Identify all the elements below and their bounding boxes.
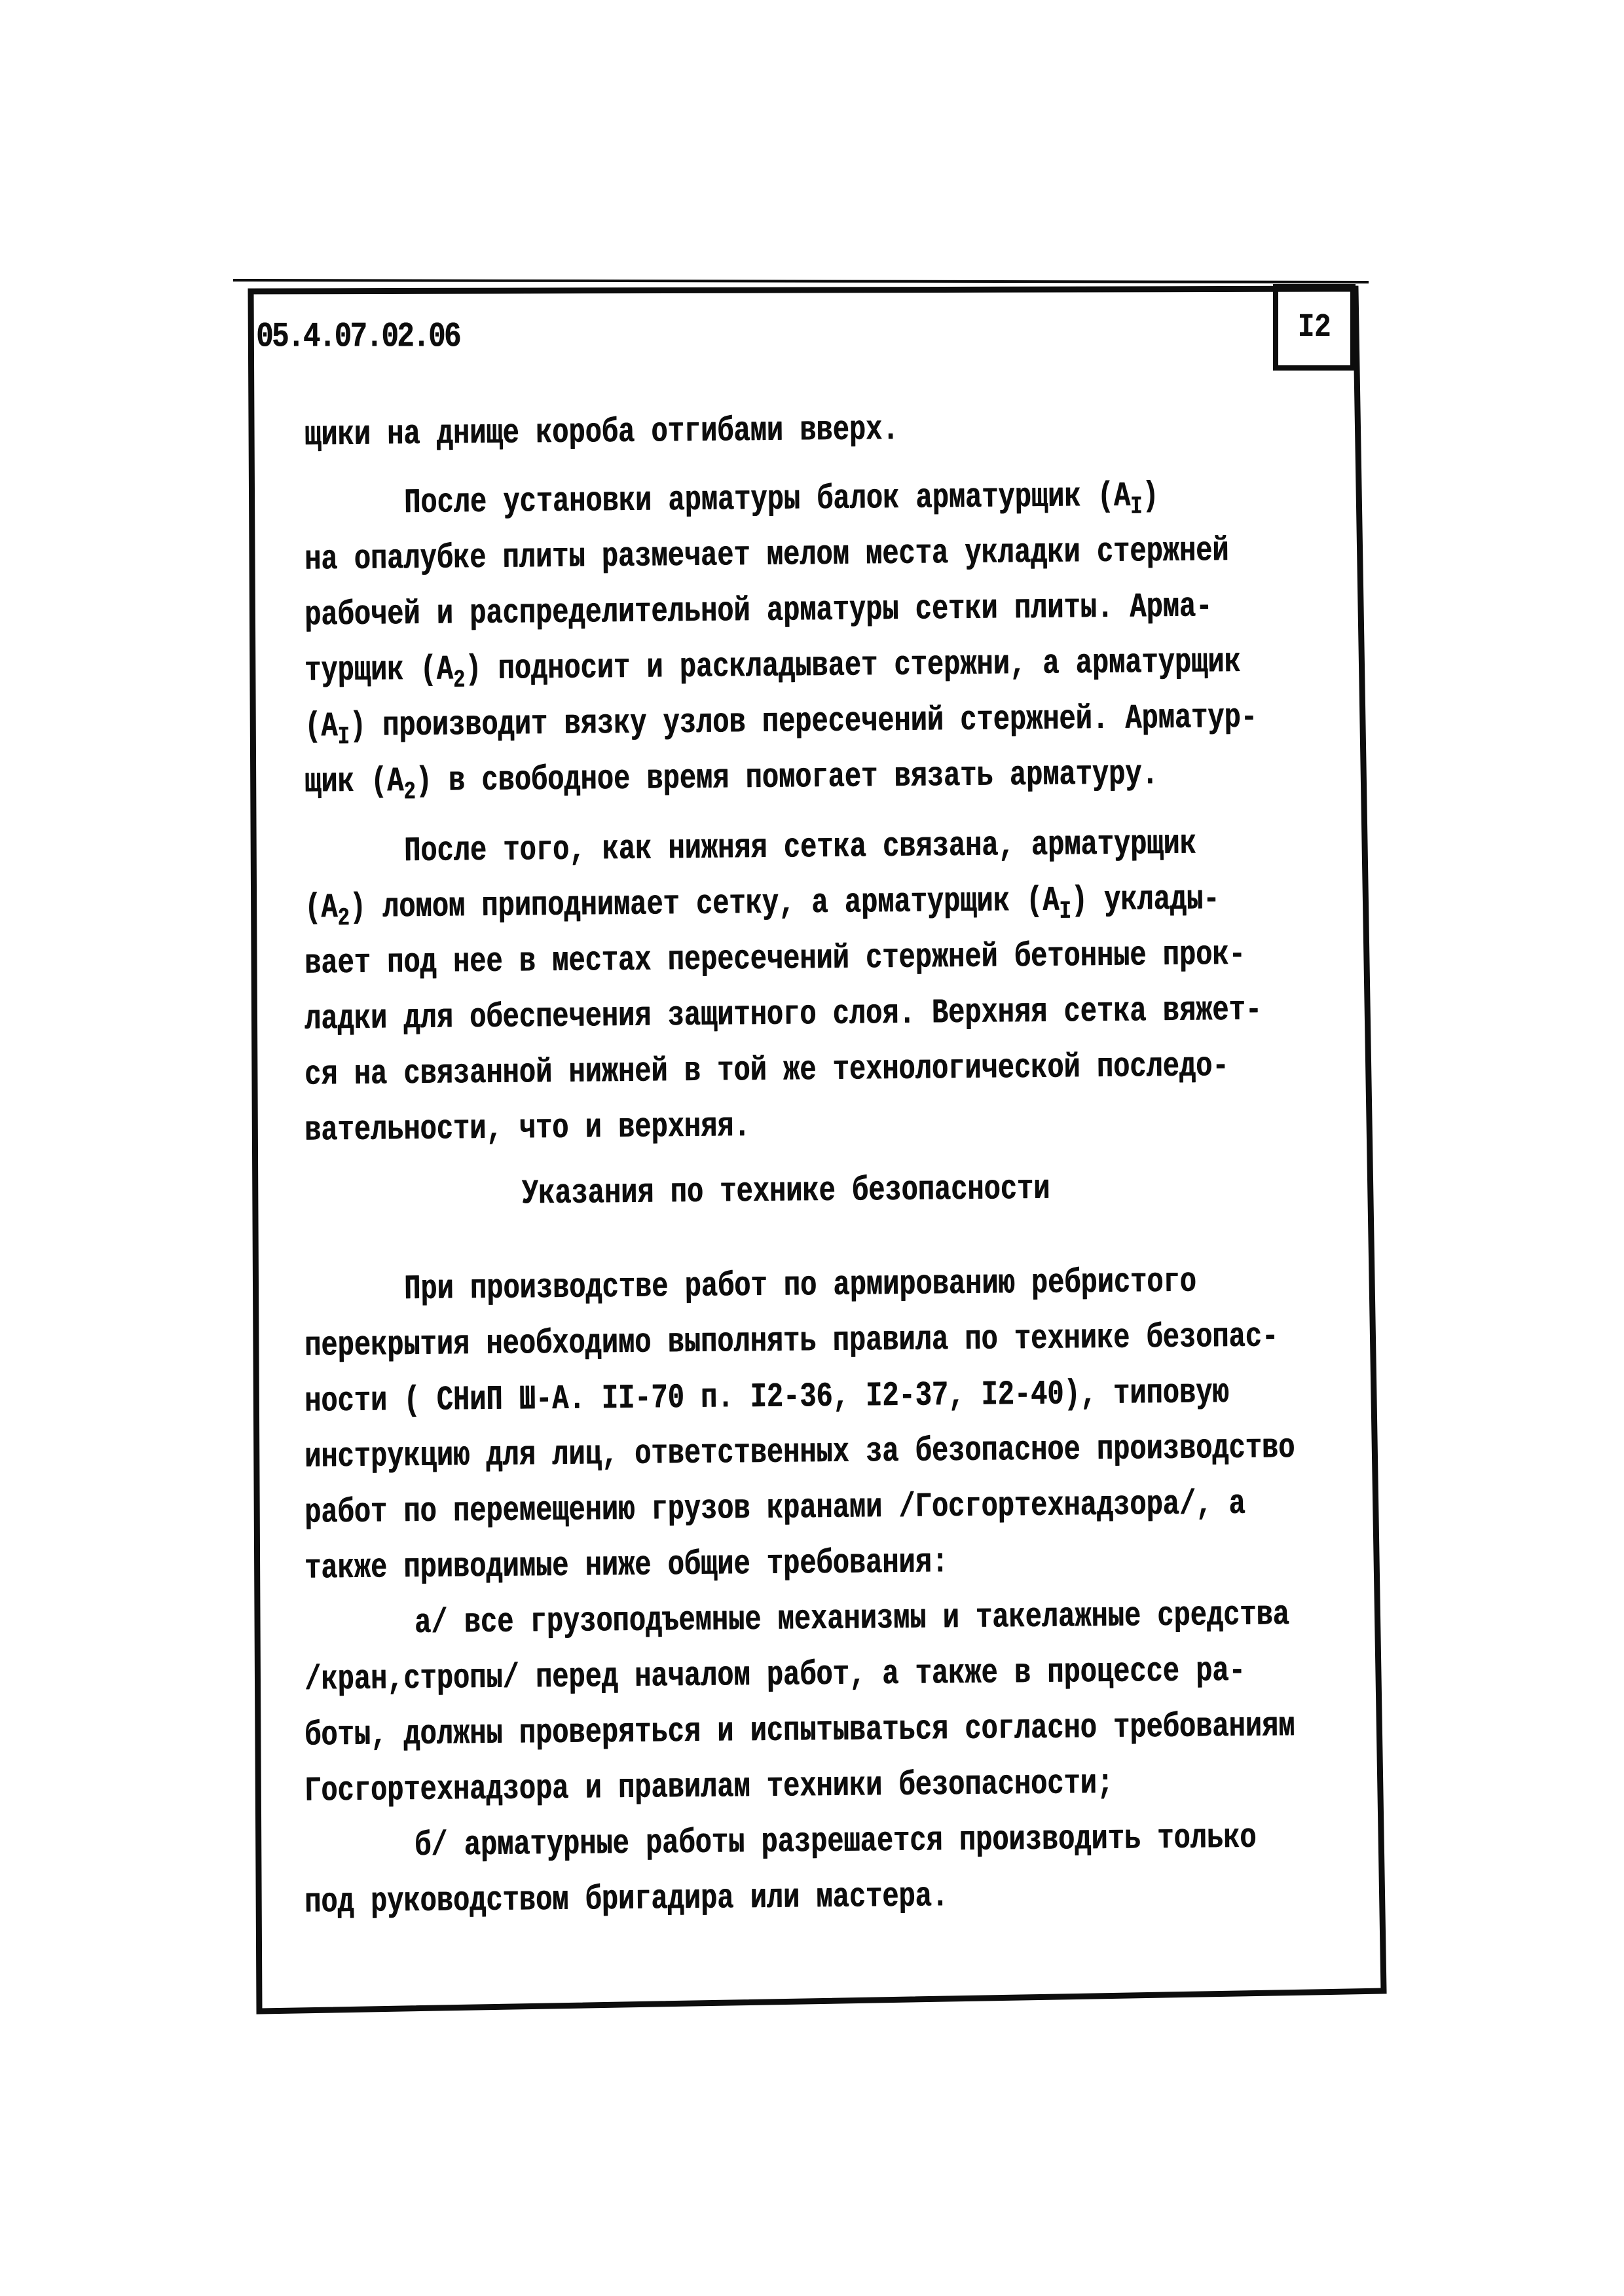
paragraph: щики на днище короба отгибами вверх.: [304, 408, 1326, 464]
section-heading: Указания по технике безопасности: [304, 1152, 1267, 1231]
text-line: щики на днище короба отгибами вверх.: [304, 391, 1326, 471]
document-code: 05.4.07.02.06: [256, 319, 460, 355]
paragraph: При производстве работ по армированию ре…: [304, 1263, 1326, 1597]
page-number: I2: [1276, 279, 1353, 376]
paragraph: После установки арматуры балок арматурщи…: [304, 477, 1326, 811]
body-text: щики на днище короба отгибами вверх. Пос…: [304, 408, 1326, 1931]
paragraph: После того, как нижняя сетка связана, ар…: [304, 825, 1326, 1159]
document-page: 05.4.07.02.06 I2 щики на днище короба от…: [0, 0, 1624, 2296]
text-line: щик (А2) в свободное время помогает вяза…: [304, 738, 1326, 818]
paragraph: а/ все грузоподъемные механизмы и такела…: [304, 1597, 1326, 1819]
paragraph: б/ арматурные работы разрешается произво…: [304, 1819, 1326, 1931]
text-line: под руководством бригадира или мастера.: [304, 1858, 1326, 1938]
top-edge-line: [233, 280, 1369, 282]
